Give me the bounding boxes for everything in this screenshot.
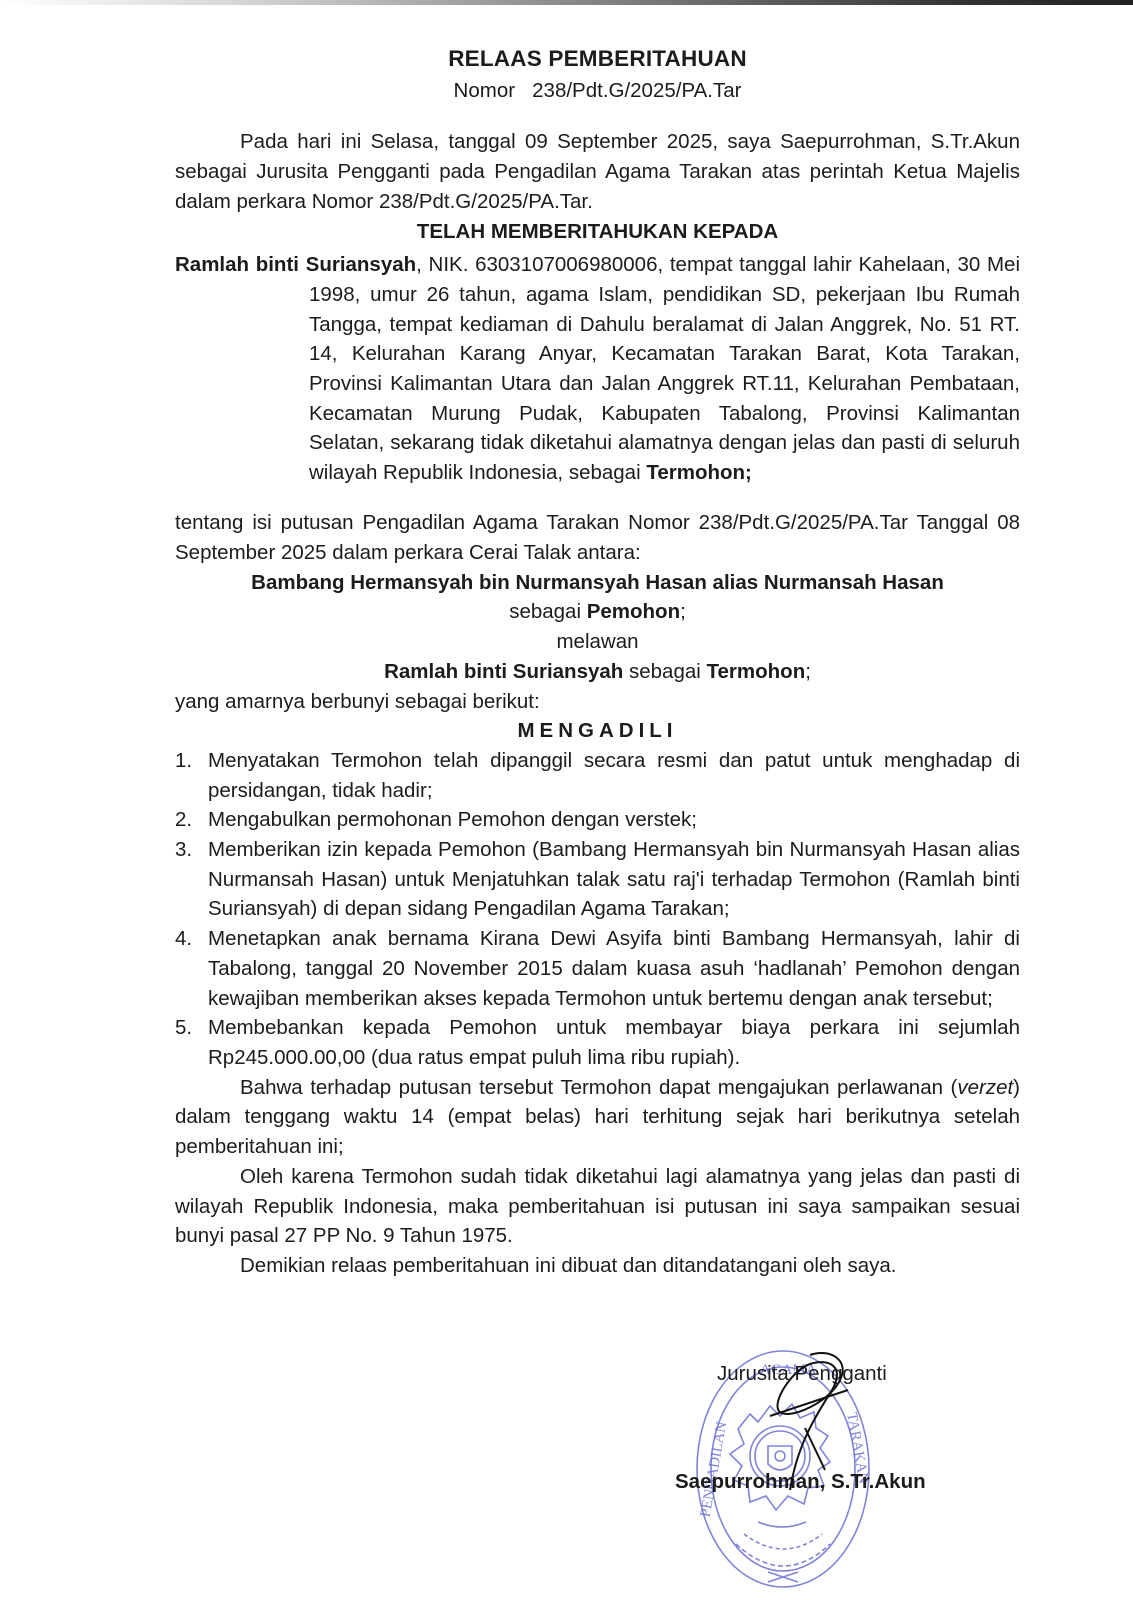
case-number: Nomor 238/Pdt.G/2025/PA.Tar	[175, 76, 1020, 106]
handwritten-signature-icon	[750, 1350, 860, 1500]
recipient-details: , NIK. 6303107006980006, tempat tanggal …	[309, 253, 1020, 484]
document-title: RELAAS PEMBERITAHUAN	[175, 44, 1020, 74]
verdict-text: Mengabulkan permohonan Pemohon dengan ve…	[208, 808, 697, 831]
closing-paragraph: Demikian relaas pemberitahuan ini dibuat…	[175, 1251, 1020, 1281]
verdict-number: 1.	[175, 746, 192, 776]
verdict-item: 3.Memberikan izin kepada Pemohon (Bamban…	[175, 835, 1020, 924]
document-page: RELAAS PEMBERITAHUAN Nomor 238/Pdt.G/202…	[175, 44, 1020, 1281]
termohon-suffix: ;	[805, 660, 811, 683]
pemohon-line: sebagai Pemohon;	[175, 597, 1020, 627]
pemohon-role: Pemohon	[587, 600, 680, 623]
termohon-line: Ramlah binti Suriansyah sebagai Termohon…	[175, 657, 1020, 687]
signature-block: PENGADILAN AGAMA TARAKAN Jurusita Pengga…	[700, 1362, 1030, 1600]
termohon-prefix: sebagai	[623, 660, 706, 683]
recipient-role: Termohon;	[646, 461, 752, 484]
pemohon-suffix: ;	[680, 600, 686, 623]
verdict-item: 5.Membebankan kepada Pemohon untuk memba…	[175, 1013, 1020, 1072]
verdict-number: 4.	[175, 924, 192, 954]
appeal-before: Bahwa terhadap putusan tersebut Termohon…	[240, 1076, 957, 1099]
amar-intro: yang amarnya berbunyi sebagai berikut:	[175, 687, 1020, 717]
verdict-number: 2.	[175, 805, 192, 835]
pemohon-prefix: sebagai	[509, 600, 587, 623]
versus-label: melawan	[175, 627, 1020, 657]
termohon-role: Termohon	[707, 660, 806, 683]
pemohon-name: Bambang Hermansyah bin Nurmansyah Hasan …	[175, 568, 1020, 598]
termohon-name: Ramlah binti Suriansyah	[384, 660, 623, 683]
recipient-paragraph: Ramlah binti Suriansyah, NIK. 6303107006…	[175, 250, 1020, 488]
verdict-heading: MENGADILI	[175, 716, 1020, 746]
scan-edge-line	[0, 0, 1133, 5]
notified-heading: TELAH MEMBERITAHUKAN KEPADA	[175, 217, 1020, 247]
verdict-number: 5.	[175, 1013, 192, 1043]
address-note-paragraph: Oleh karena Termohon sudah tidak diketah…	[175, 1162, 1020, 1251]
verdict-item: 4.Menetapkan anak bernama Kirana Dewi As…	[175, 924, 1020, 1013]
verdict-text: Menyatakan Termohon telah dipanggil seca…	[208, 749, 1020, 802]
verdict-text: Menetapkan anak bernama Kirana Dewi Asyi…	[208, 927, 1020, 1009]
appeal-paragraph: Bahwa terhadap putusan tersebut Termohon…	[175, 1073, 1020, 1162]
verdict-item: 1.Menyatakan Termohon telah dipanggil se…	[175, 746, 1020, 805]
opening-paragraph: Pada hari ini Selasa, tanggal 09 Septemb…	[175, 127, 1020, 216]
appeal-term: verzet	[957, 1076, 1013, 1099]
verdict-number: 3.	[175, 835, 192, 865]
verdict-text: Memberikan izin kepada Pemohon (Bambang …	[208, 838, 1020, 920]
recipient-name: Ramlah binti Suriansyah	[175, 253, 416, 276]
about-paragraph: tentang isi putusan Pengadilan Agama Tar…	[175, 508, 1020, 567]
verdict-text: Membebankan kepada Pemohon untuk membaya…	[208, 1016, 1020, 1069]
verdict-list: 1.Menyatakan Termohon telah dipanggil se…	[175, 746, 1020, 1073]
verdict-item: 2.Mengabulkan permohonan Pemohon dengan …	[175, 805, 1020, 835]
